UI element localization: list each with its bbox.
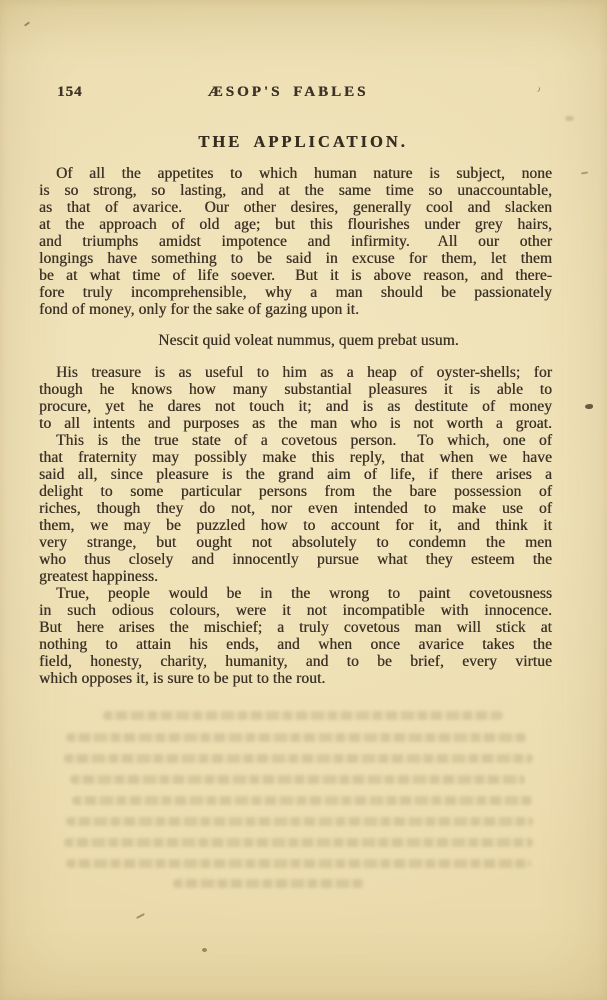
book-page: 154 ÆSOP'S FABLES THE APPLICATION. Of al…: [0, 0, 607, 1000]
paragraph: True, people would be in the wrong to pa…: [39, 585, 552, 687]
text-line: them, we may be puzzled how to account f…: [39, 517, 552, 534]
text-line: His treasure is as useful to him as a he…: [39, 364, 552, 381]
page-body: Of all the appetites to which human natu…: [39, 165, 552, 687]
text-line: greatest happiness.: [39, 568, 552, 585]
page-number: 154: [57, 84, 83, 101]
text-line: and triumphs amidst impotence and infirm…: [39, 233, 552, 250]
text-line: fond of money, only for the sake of gazi…: [39, 301, 552, 318]
text-line: But here arises the mischief; a truly co…: [39, 619, 552, 636]
paragraph: Of all the appetites to which human natu…: [39, 165, 552, 318]
paper-speck: [581, 172, 588, 175]
text-line: Nescit quid voleat nummus, quem prebat u…: [39, 332, 552, 349]
paper-speck: [136, 913, 145, 919]
text-line: procure, yet he dares not touch it; and …: [39, 398, 552, 415]
text-line: is so strong, so lasting, and at the sam…: [39, 182, 552, 199]
text-line: delight to some particular persons from …: [39, 483, 552, 500]
paragraph: His treasure is as useful to him as a he…: [39, 364, 552, 432]
paper-speck: [565, 116, 574, 121]
paragraph: This is the true state of a covetous per…: [39, 432, 552, 585]
text-line: This is the true state of a covetous per…: [39, 432, 552, 449]
paper-speck: [24, 21, 30, 26]
text-line: field, honesty, charity, humanity, and t…: [39, 653, 552, 670]
text-line: that fraternity may possibly make this r…: [39, 449, 552, 466]
text-line: True, people would be in the wrong to pa…: [39, 585, 552, 602]
text-line: said all, since pleasure is the grand ai…: [39, 466, 552, 483]
paper-speck: [202, 948, 207, 952]
text-line: as that of avarice. Our other desires, g…: [39, 199, 552, 216]
text-line: in such odious colours, were it not inco…: [39, 602, 552, 619]
verse-quote: Nescit quid voleat nummus, quem prebat u…: [39, 332, 552, 349]
text-line: to all intents and purposes as the man w…: [39, 415, 552, 432]
text-line: fore truly incomprehensible, why a man s…: [39, 284, 552, 301]
running-title: ÆSOP'S FABLES: [208, 84, 369, 101]
text-line: nothing to attain his ends, and when onc…: [39, 636, 552, 653]
text-line: riches, though they do not, nor even int…: [39, 500, 552, 517]
page-header: 154 ÆSOP'S FABLES: [0, 84, 607, 102]
text-line: which opposes it, is sure to be put to t…: [39, 670, 552, 687]
text-line: longings have something to be said in ex…: [39, 250, 552, 267]
text-line: though he knows how many substantial ple…: [39, 381, 552, 398]
text-line: who thus closely and innocently pursue w…: [39, 551, 552, 568]
paper-speck: [585, 404, 593, 409]
text-line: Of all the appetites to which human natu…: [39, 165, 552, 182]
text-line: be at what time of life soever. But it i…: [39, 267, 552, 284]
text-line: at the approach of old age; but this flo…: [39, 216, 552, 233]
text-line: very strange, but ought not absolutely t…: [39, 534, 552, 551]
section-title: THE APPLICATION.: [198, 132, 407, 152]
